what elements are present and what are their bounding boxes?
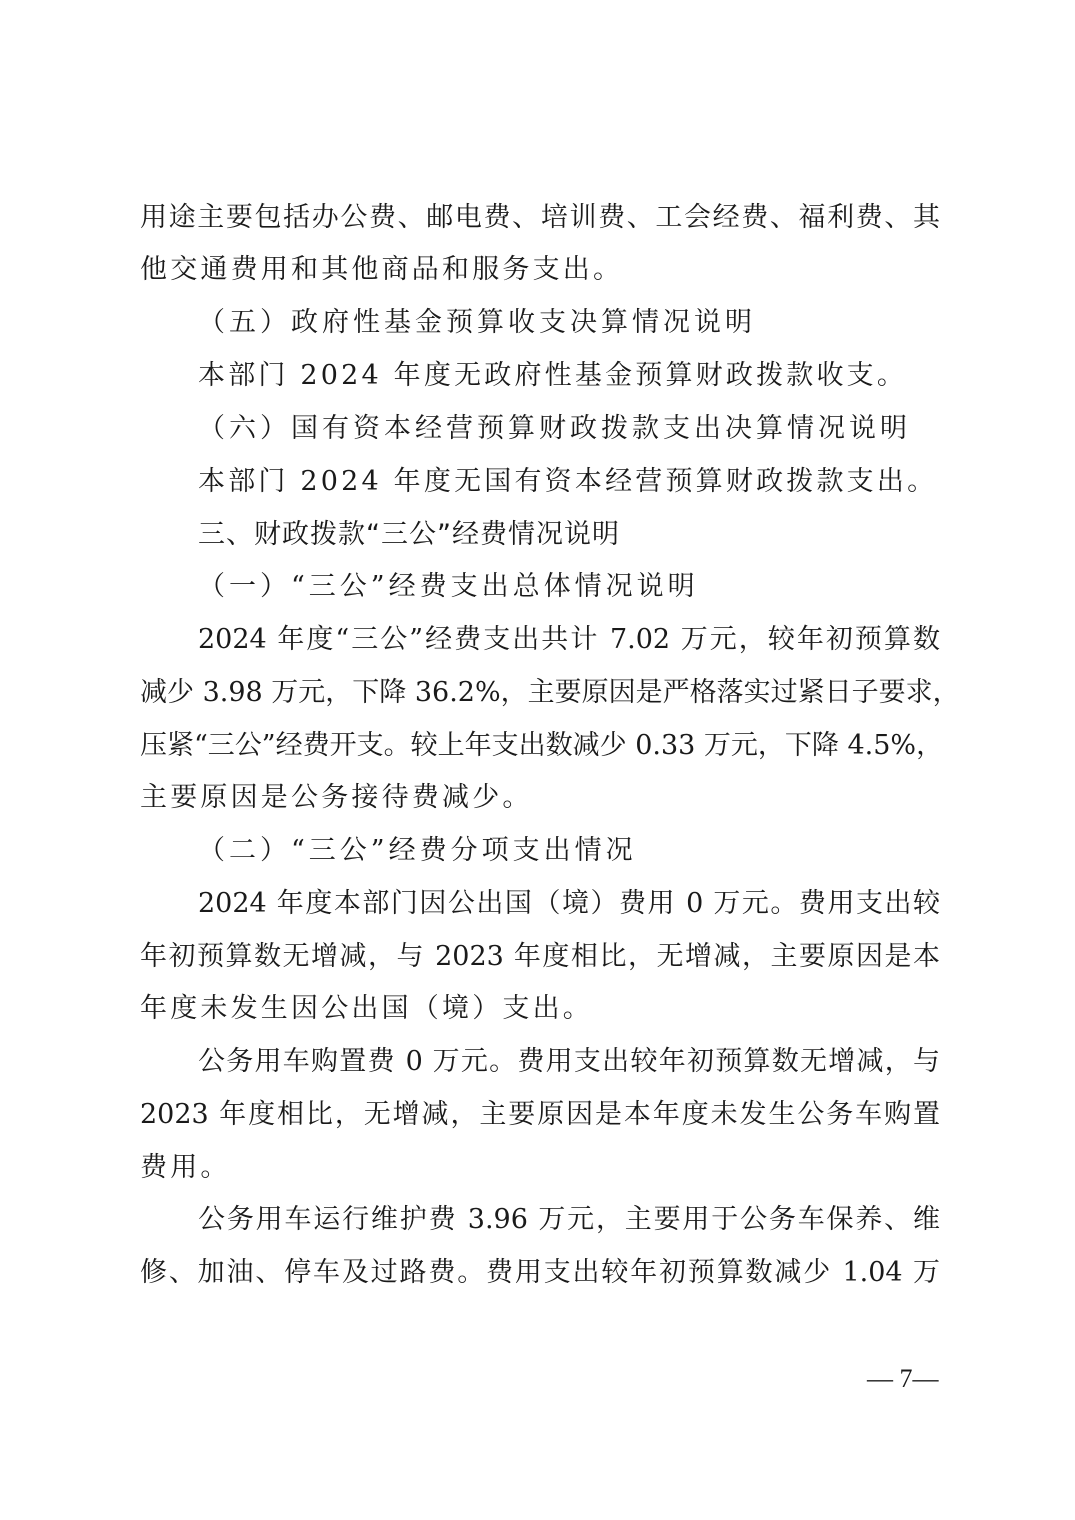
- section-heading-6: （六）国有资本经营预算财政拨款支出决算情况说明: [198, 409, 911, 449]
- paragraph-line: 压紧“三公”经费开支。较上年支出数减少 0.33 万元，下降 4.5%，: [140, 726, 940, 766]
- section-heading-2: （二）“三公”经费分项支出情况: [198, 831, 637, 871]
- paragraph-line: 他交通费用和其他商品和服务支出。: [140, 250, 623, 290]
- section-heading-1: （一）“三公”经费支出总体情况说明: [198, 567, 699, 607]
- paragraph-line: 费用。: [140, 1148, 231, 1188]
- paragraph-line: 2024 年度“三公”经费支出共计 7.02 万元，较年初预算数: [198, 620, 940, 660]
- paragraph-line: 2024 年度本部门因公出国（境）费用 0 万元。费用支出较: [198, 884, 940, 924]
- paragraph-line: 年初预算数无增减，与 2023 年度相比，无增减，主要原因是本: [140, 937, 940, 977]
- section-heading-5: （五）政府性基金预算收支决算情况说明: [198, 303, 756, 343]
- paragraph-line: 公务用车购置费 0 万元。费用支出较年初预算数无增减，与: [198, 1042, 940, 1082]
- paragraph-line: 修、加油、停车及过路费。费用支出较年初预算数减少 1.04 万: [140, 1253, 940, 1293]
- page-number: — 7—: [867, 1364, 939, 1394]
- paragraph-line: 主要原因是公务接待费减少。: [140, 778, 533, 818]
- chapter-heading-3: 三、财政拨款“三公”经费情况说明: [198, 515, 620, 555]
- paragraph-line: 公务用车运行维护费 3.96 万元，主要用于公务车保养、维: [198, 1200, 940, 1240]
- paragraph-line: 年度未发生因公出国（境）支出。: [140, 989, 593, 1029]
- paragraph-line: 用途主要包括办公费、邮电费、培训费、工会经费、福利费、其: [140, 198, 940, 238]
- paragraph-line: 2023 年度相比，无增减，主要原因是本年度未发生公务车购置: [140, 1095, 940, 1135]
- paragraph-line: 本部门 2024 年度无国有资本经营预算财政拨款支出。: [198, 462, 937, 502]
- paragraph-line: 减少 3.98 万元，下降 36.2%，主要原因是严格落实过紧日子要求，: [140, 673, 940, 713]
- paragraph-line: 本部门 2024 年度无政府性基金预算财政拨款收支。: [198, 356, 907, 396]
